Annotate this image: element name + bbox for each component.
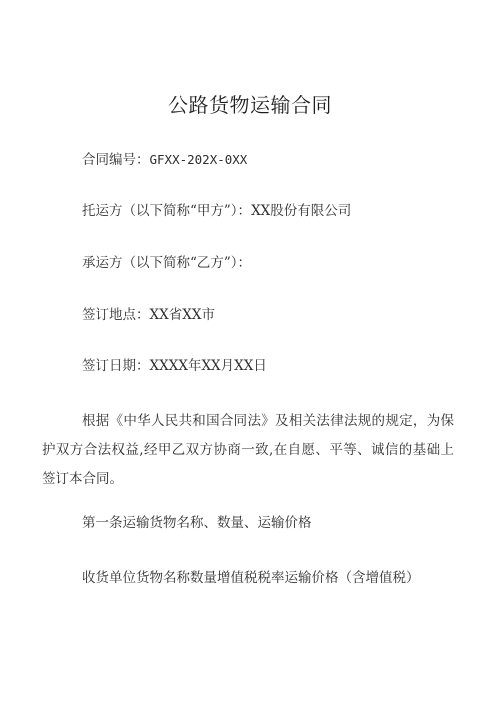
goods-table-header-line: 收货单位货物名称数量增值税税率运输价格（含增值税） [82,569,420,587]
document-page: 公路货物运输合同 合同编号：GFXX-202X-0XX 托运方（以下简称“甲方”… [0,0,500,707]
document-title: 公路货物运输合同 [0,92,500,118]
signing-place-line: 签订地点：XX省XX市 [82,306,215,324]
signing-date-value: XXXX年XX月XX日 [150,358,267,374]
preamble-paragraph: 根据《中华人民共和国合同法》及相关法律法规的规定，为保护双方合法权益,经甲乙双方… [42,407,454,494]
article-1-heading: 第一条运输货物名称、数量、运输价格 [82,514,312,532]
signing-place-value: XX省XX市 [150,307,215,323]
shipper-value: XX股份有限公司 [251,203,351,219]
signing-place-label: 签订地点： [82,307,150,323]
signing-date-label: 签订日期： [82,358,150,374]
carrier-line: 承运方（以下简称“乙方”）： [82,254,251,272]
contract-number-line: 合同编号：GFXX-202X-0XX [82,151,247,169]
shipper-line: 托运方（以下简称“甲方”）：XX股份有限公司 [82,202,351,220]
contract-number-label: 合同编号： [82,152,150,168]
carrier-label: 承运方（以下简称“乙方”）： [82,255,251,271]
shipper-label: 托运方（以下简称“甲方”）： [82,203,251,219]
contract-number-value: GFXX-202X-0XX [150,152,248,167]
signing-date-line: 签订日期：XXXX年XX月XX日 [82,357,267,375]
